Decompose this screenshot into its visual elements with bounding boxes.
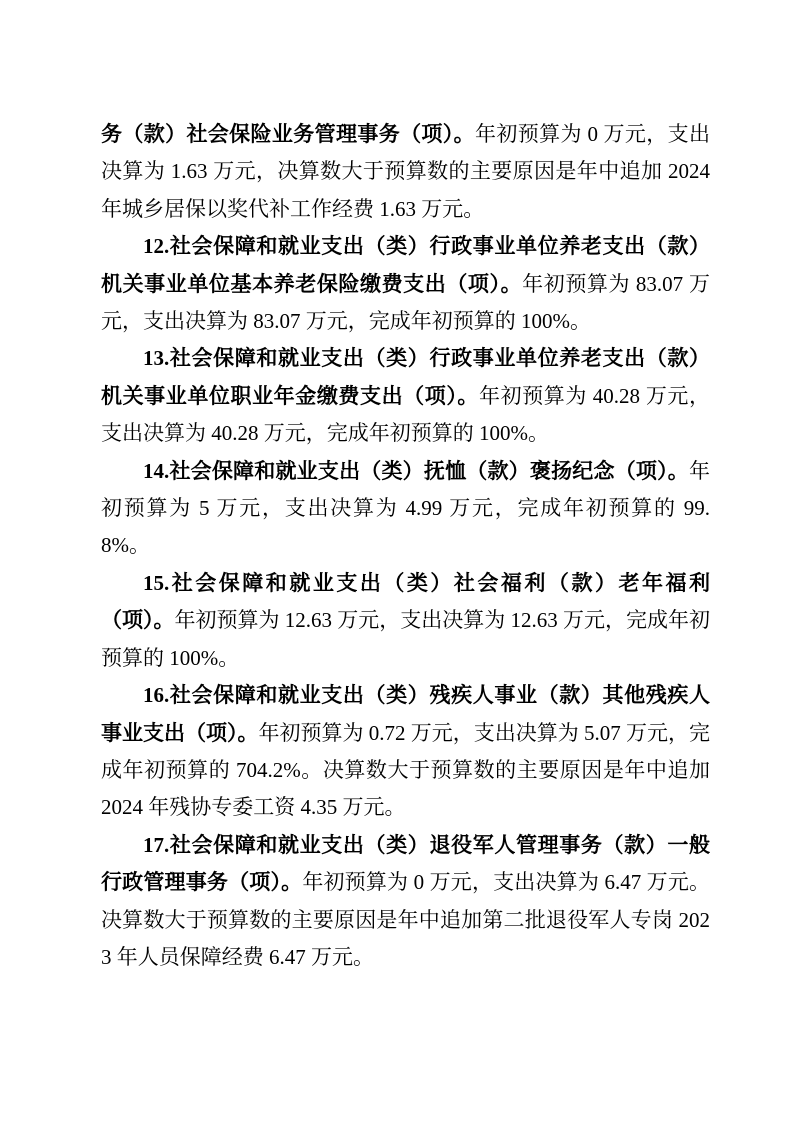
paragraph-heading: 务（款）社会保险业务管理事务（项）。 [101,122,475,146]
paragraph-item-15: 15.社会保障和就业支出（类）社会福利（款）老年福利（项）。年初预算为 12.6… [101,565,710,677]
paragraph-item-14: 14.社会保障和就业支出（类）抚恤（款）褒扬纪念（项）。年初预算为 5 万元，支… [101,453,710,565]
paragraph-body: 年初预算为 12.63 万元，支出决算为 12.63 万元，完成年初预算的 10… [101,608,710,669]
paragraph-item-11-continuation: 务（款）社会保险业务管理事务（项）。年初预算为 0 万元，支出决算为 1.63 … [101,116,710,228]
paragraph-item-13: 13.社会保障和就业支出（类）行政事业单位养老支出（款）机关事业单位职业年金缴费… [101,340,710,452]
paragraph-heading: 14.社会保障和就业支出（类）抚恤（款）褒扬纪念（项）。 [143,459,689,483]
paragraph-item-12: 12.社会保障和就业支出（类）行政事业单位养老支出（款）机关事业单位基本养老保险… [101,228,710,340]
paragraph-item-17: 17.社会保障和就业支出（类）退役军人管理事务（款）一般行政管理事务（项）。年初… [101,827,710,977]
document-page: 务（款）社会保险业务管理事务（项）。年初预算为 0 万元，支出决算为 1.63 … [0,0,793,1122]
paragraph-item-16: 16.社会保障和就业支出（类）残疾人事业（款）其他残疾人事业支出（项）。年初预算… [101,677,710,827]
